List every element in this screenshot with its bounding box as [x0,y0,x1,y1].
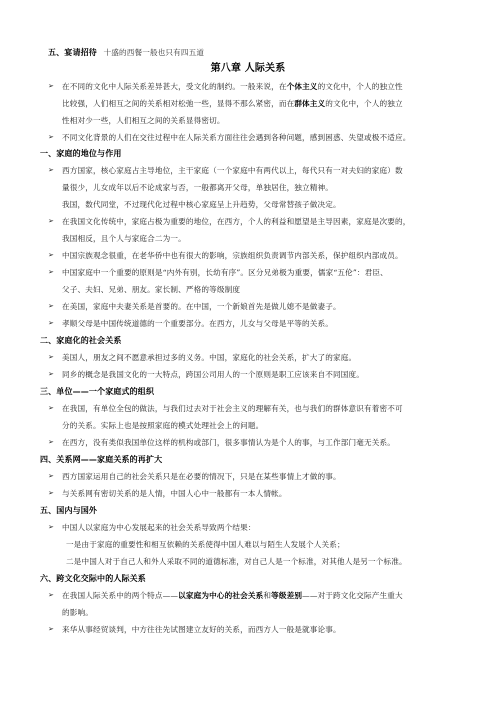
bullet-icon: ➢ [48,217,54,225]
emphasis-individualism: 个体主义 [287,82,318,91]
bullet-icon: ➢ [48,591,54,599]
section-heading: 四、关系网——家庭关系的再扩大 [40,455,162,465]
text-span: 的文化中，个人的独立性 [318,82,403,91]
paragraph-line: 的影响。 [62,608,93,618]
section-heading: 一、家庭的地位与作用 [40,149,122,159]
paragraph-line: 来华从事经贸谈判，中方往往先试图建立友好的关系，而西方人一般是就事论事。 [62,625,341,635]
text-span: 在我国人际关系中的两个特点—— [62,591,178,600]
text-span: 在不同的文化中人际关系差异甚大，受文化的制约。一般来说，在 [62,82,287,91]
section-heading: 二、家庭化的社会关系 [40,336,122,346]
paragraph-line: 父子、夫妇、兄弟、朋友。家长制、严格的等级制度 [62,285,240,295]
paragraph-line: 中国人以家庭为中心发展起来的社会关系导致两个结果： [62,523,256,533]
emphasis-family-centered: 以家庭为中心的社会关系 [178,591,263,600]
bullet-icon: ➢ [48,625,54,633]
paragraph-line: 在我国，有单位全包的做法，与我们过去对于社会主义的理解有关，也与我们的群体意识有… [62,404,403,414]
paragraph-line: 西方国家运用自己的社会关系只是在必要的情况下，只是在某些事情上才做的事。 [62,472,341,482]
bullet-icon: ➢ [48,523,54,531]
paragraph-line: 量很少，儿女成年以后不论成家与否，一般都离开父母，单独居住，独立精神。 [62,183,333,193]
bullet-icon: ➢ [48,404,54,412]
paragraph-line: 同乡的概念是我国文化的一大特点，跨国公司用人的一个原则是职工应该来自不同国度。 [62,370,364,380]
paragraph-line: 在美国，家庭中夫妻关系是首要的。在中国，一个新娘首先是做儿媳不是做妻子。 [62,302,341,312]
bullet-icon: ➢ [48,82,54,90]
top-note: 五、宴请招待 十盛的西餐一般也只有四五道 [48,48,204,58]
text-span: 的文化中，个人的独立 [325,99,402,108]
bullet-icon: ➢ [48,438,54,446]
paragraph-line: 二是中国人对于自己人和外人采取不同的道德标准，对自己人是一个标准，对其他人是另一… [66,557,407,567]
document-page: 五、宴请招待 十盛的西餐一般也只有四五道 第八章 人际关系 ➢ 在不同的文化中人… [0,0,496,701]
bullet-icon: ➢ [48,251,54,259]
paragraph-line: 孝顺父母是中国传统道德的一个重要部分。在西方，儿女与父母是平等的关系。 [62,319,333,329]
paragraph-line: 在不同的文化中人际关系差异甚大，受文化的制约。一般来说，在个体主义的文化中，个人… [62,82,403,92]
paragraph-line: 我国相反，且个人与家庭合二为一。 [62,234,186,244]
emphasis-collectivism: 群体主义 [294,99,325,108]
paragraph-line: 中国宗族观念很重，在老华侨中也有很大的影响，宗族组织负责调节内部关系，保护组织内… [62,251,403,261]
text-span: 和 [263,591,271,600]
bullet-icon: ➢ [48,302,54,310]
paragraph-line: 分的关系。实际上也是按照家庭的模式处理社会上的问题。 [62,421,263,431]
section-heading: 五、国内与国外 [40,506,97,516]
section-heading: 六、跨文化交际中的人际关系 [40,574,146,584]
section-heading: 三、单位——一个家庭式的组织 [40,387,154,397]
paragraph-line: 不同文化背景的人们在交往过程中在人际关系方面往往会遇到各种问题，感到困惑、失望或… [62,133,410,143]
paragraph-line: 性相对少一些，人们相互之间的关系显得密切。 [62,116,225,126]
paragraph-line: 比较强，人们相互之间的关系相对松弛一些，显得不那么紧密，而在群体主义的文化中，个… [62,99,403,109]
emphasis-hierarchy: 等级差别 [271,591,302,600]
top-note-heading: 五、宴请招待 [48,48,97,57]
text-span: 比较强，人们相互之间的关系相对松弛一些，显得不那么紧密，而在 [62,99,294,108]
bullet-icon: ➢ [48,472,54,480]
paragraph-line: 与关系网有密切关系的是人情，中国人心中一般都有一本人情帐。 [62,489,287,499]
bullet-icon: ➢ [48,268,54,276]
paragraph-line: 在我国人际关系中的两个特点——以家庭为中心的社会关系和等级差别——对于跨文化交际… [62,591,403,601]
paragraph-line: 中国家庭中一个重要的原则是“内外有别，长幼有序”。区分兄弟极为重要，儒家“五伦”… [62,268,388,278]
bullet-icon: ➢ [48,353,54,361]
paragraph-line: 在西方，没有类似我国单位这样的机构或部门，很多事情认为是个人的事，与工作部门毫无… [62,438,395,448]
bullet-icon: ➢ [48,370,54,378]
paragraph-line: 一是由于家庭的重要性和相互依赖的关系使得中国人难以与陌生人发展个人关系； [66,540,345,550]
bullet-icon: ➢ [48,319,54,327]
bullet-icon: ➢ [48,166,54,174]
paragraph-line: 在我国文化传统中，家庭占极为重要的地位，在西方，个人的利益和愿望是主导因素，家庭… [62,217,410,227]
paragraph-line: 美国人，朋友之间不愿意承担过多的义务。中国，家庭化的社会关系，扩大了的家庭。 [62,353,356,363]
bullet-icon: ➢ [48,489,54,497]
text-span: ——对于跨文化交际产生重大 [302,591,403,600]
top-note-text: 十盛的西餐一般也只有四五道 [103,48,204,57]
chapter-title: 第八章 人际关系 [0,64,496,74]
bullet-icon: ➢ [48,133,54,141]
paragraph-line: 西方国家，核心家庭占主导地位，主干家庭（一个家庭中有两代以上，每代只有一对夫妇的… [62,166,403,176]
paragraph-line: 我国，数代同堂，不过现代化过程中核心家庭呈上升趋势，父母常替孩子做决定。 [62,200,341,210]
